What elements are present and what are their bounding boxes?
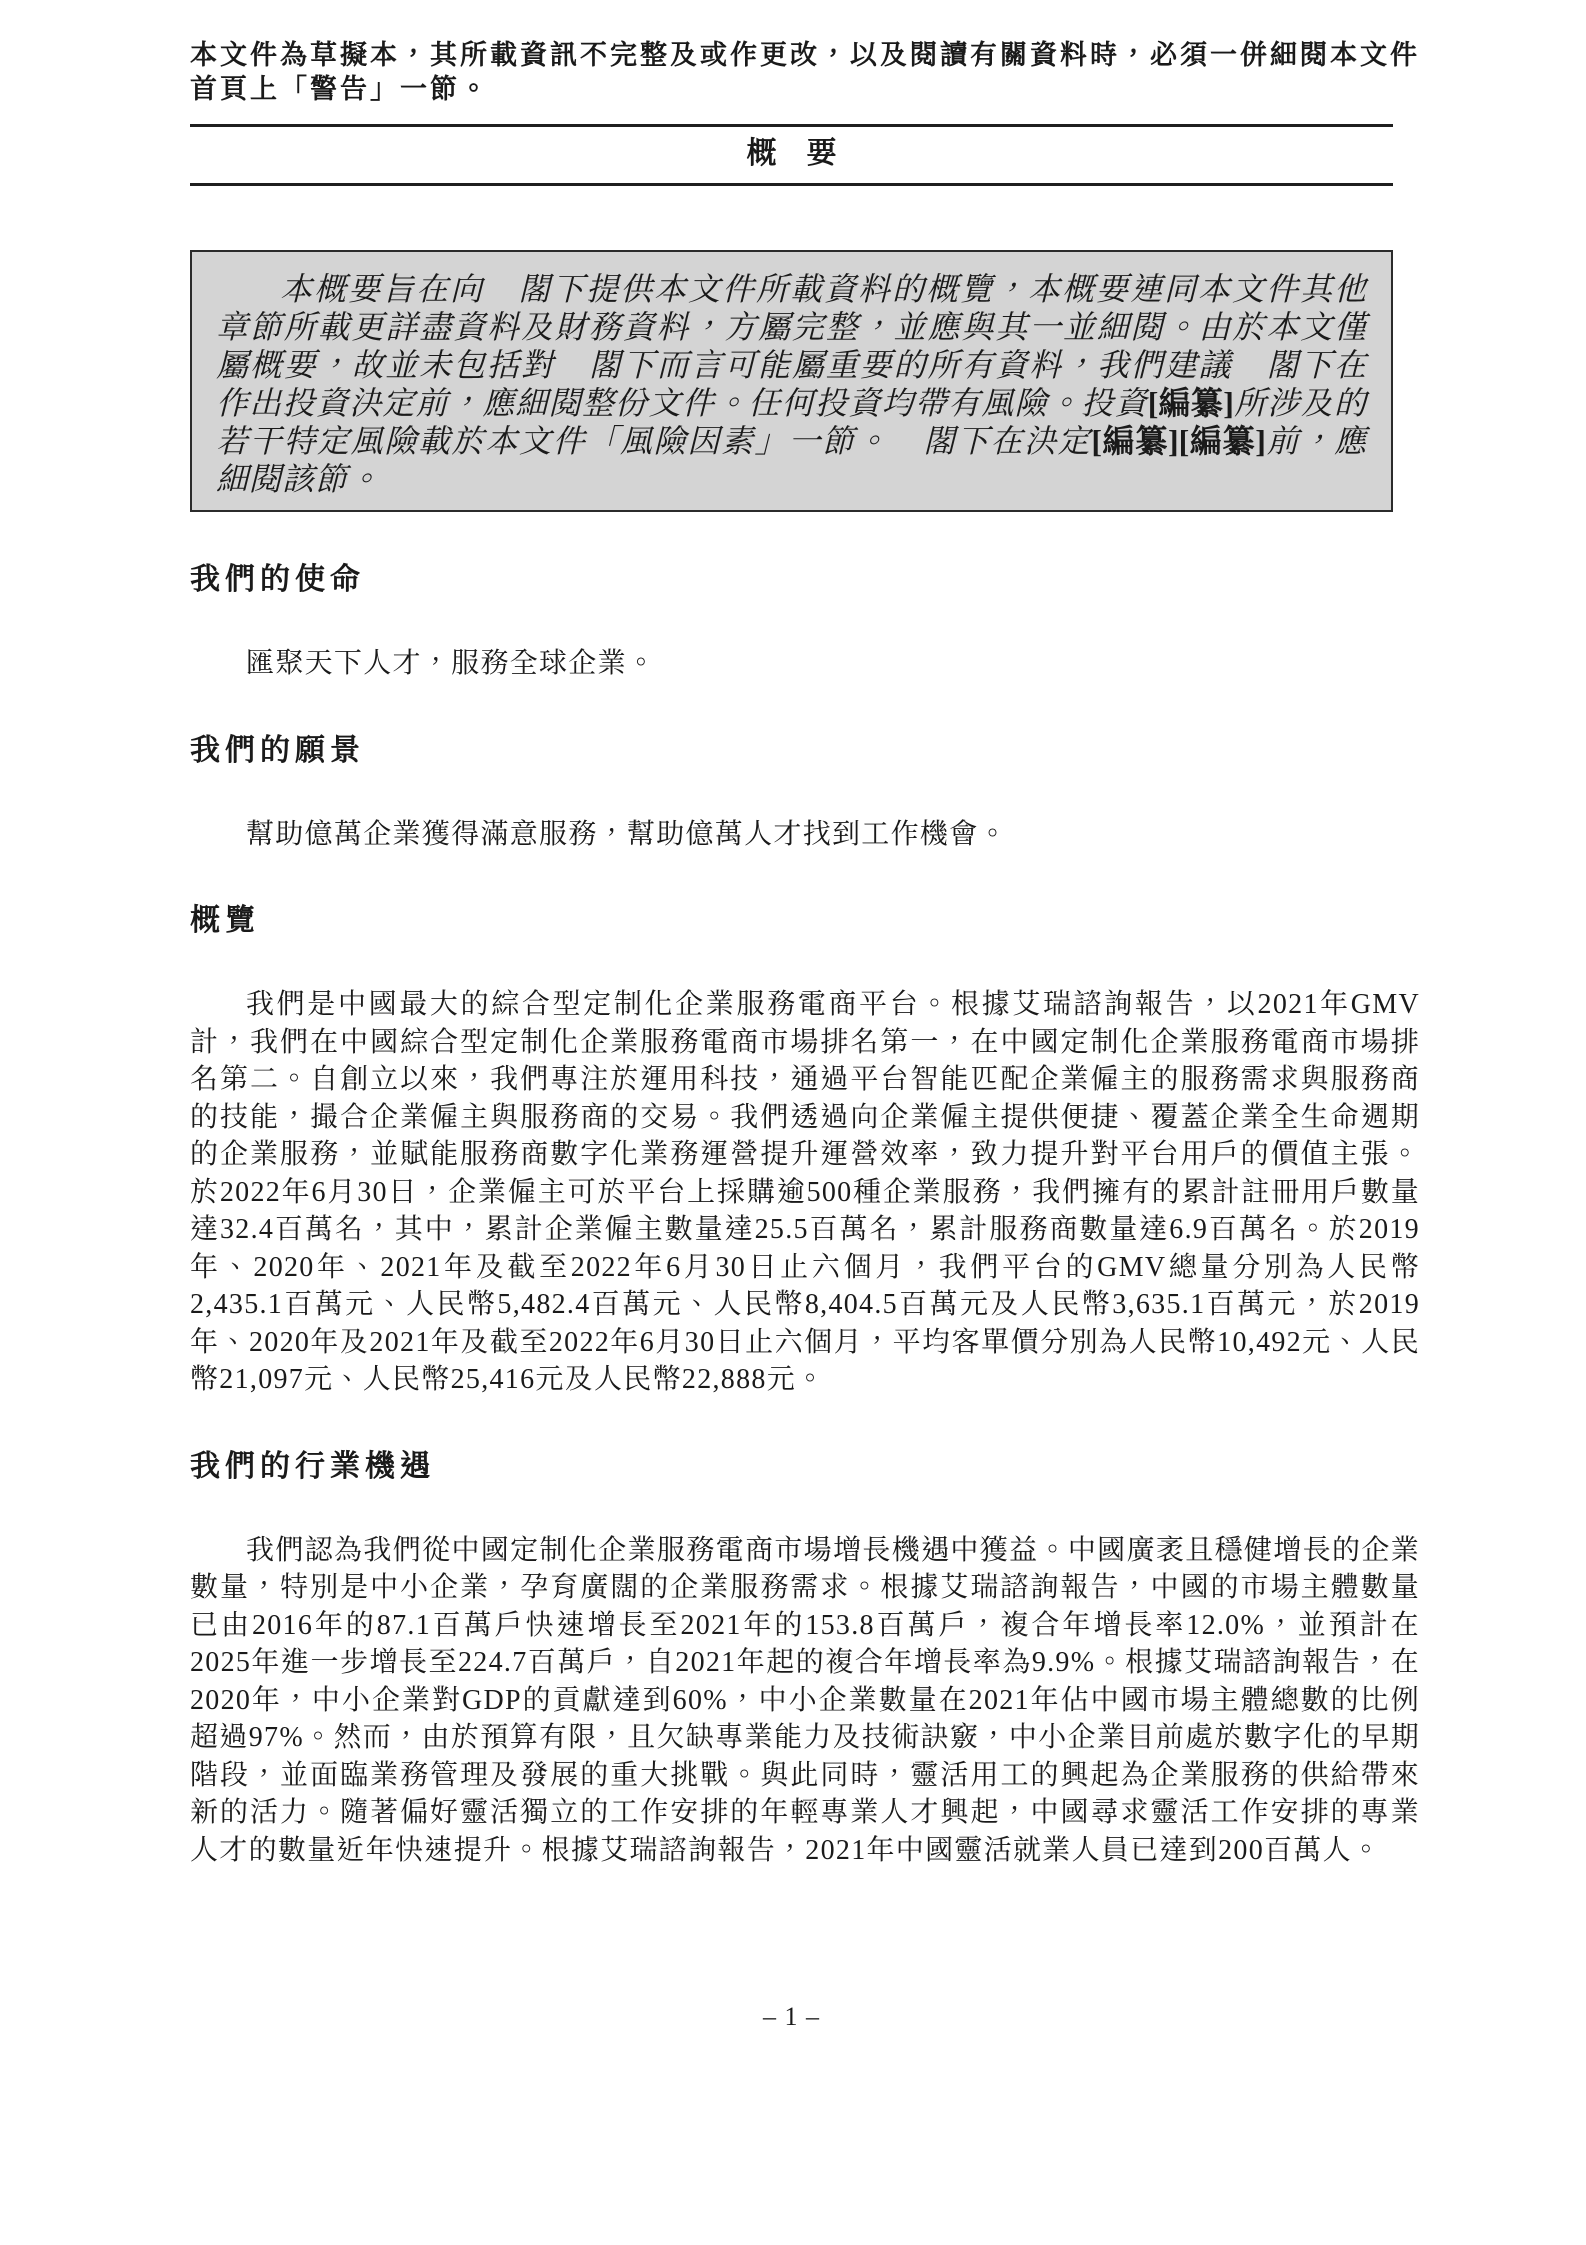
heading-industry: 我們的行業機遇 (190, 1449, 1420, 1485)
vision-text: 幫助億萬企業獲得滿意服務，幫助億萬人才找到工作機會。 (190, 816, 1420, 854)
document-page: 本文件為草擬本，其所載資訊不完整及或作更改，以及閱讀有關資料時，必須一併細閱本文… (0, 0, 1586, 2245)
title-rule-bottom (190, 183, 1393, 186)
heading-overview: 概覽 (190, 903, 1420, 939)
title-rule-top (190, 124, 1393, 127)
mission-text: 匯聚天下人才，服務全球企業。 (190, 645, 1420, 683)
industry-text: 我們認為我們從中國定制化企業服務電商市場增長機遇中獲益。中國廣袤且穩健增長的企業… (190, 1532, 1420, 1870)
overview-text: 我們是中國最大的綜合型定制化企業服務電商平台。根據艾瑞諮詢報告，以2021年GM… (190, 986, 1420, 1399)
heading-mission: 我們的使命 (190, 562, 1420, 598)
draft-disclaimer: 本文件為草擬本，其所載資訊不完整及或作更改，以及閱讀有關資料時，必須一併細閱本文… (190, 38, 1420, 106)
page-content: 本文件為草擬本，其所載資訊不完整及或作更改，以及閱讀有關資料時，必須一併細閱本文… (0, 0, 1586, 2032)
redaction-tag-2: [編纂] (1091, 423, 1178, 459)
summary-notice-box: 本概要旨在向 閣下提供本文件所載資料的概覽，本概要連同本文件其他章節所載更詳盡資… (190, 250, 1393, 512)
heading-vision: 我們的願景 (190, 733, 1420, 769)
page-number: – 1 – (190, 2002, 1393, 2032)
redaction-tag-1: [編纂] (1148, 385, 1234, 421)
page-title: 概 要 (190, 138, 1393, 170)
summary-notice-text: 本概要旨在向 閣下提供本文件所載資料的概覽，本概要連同本文件其他章節所載更詳盡資… (216, 270, 1367, 498)
redaction-tag-3: [編纂] (1179, 423, 1266, 459)
